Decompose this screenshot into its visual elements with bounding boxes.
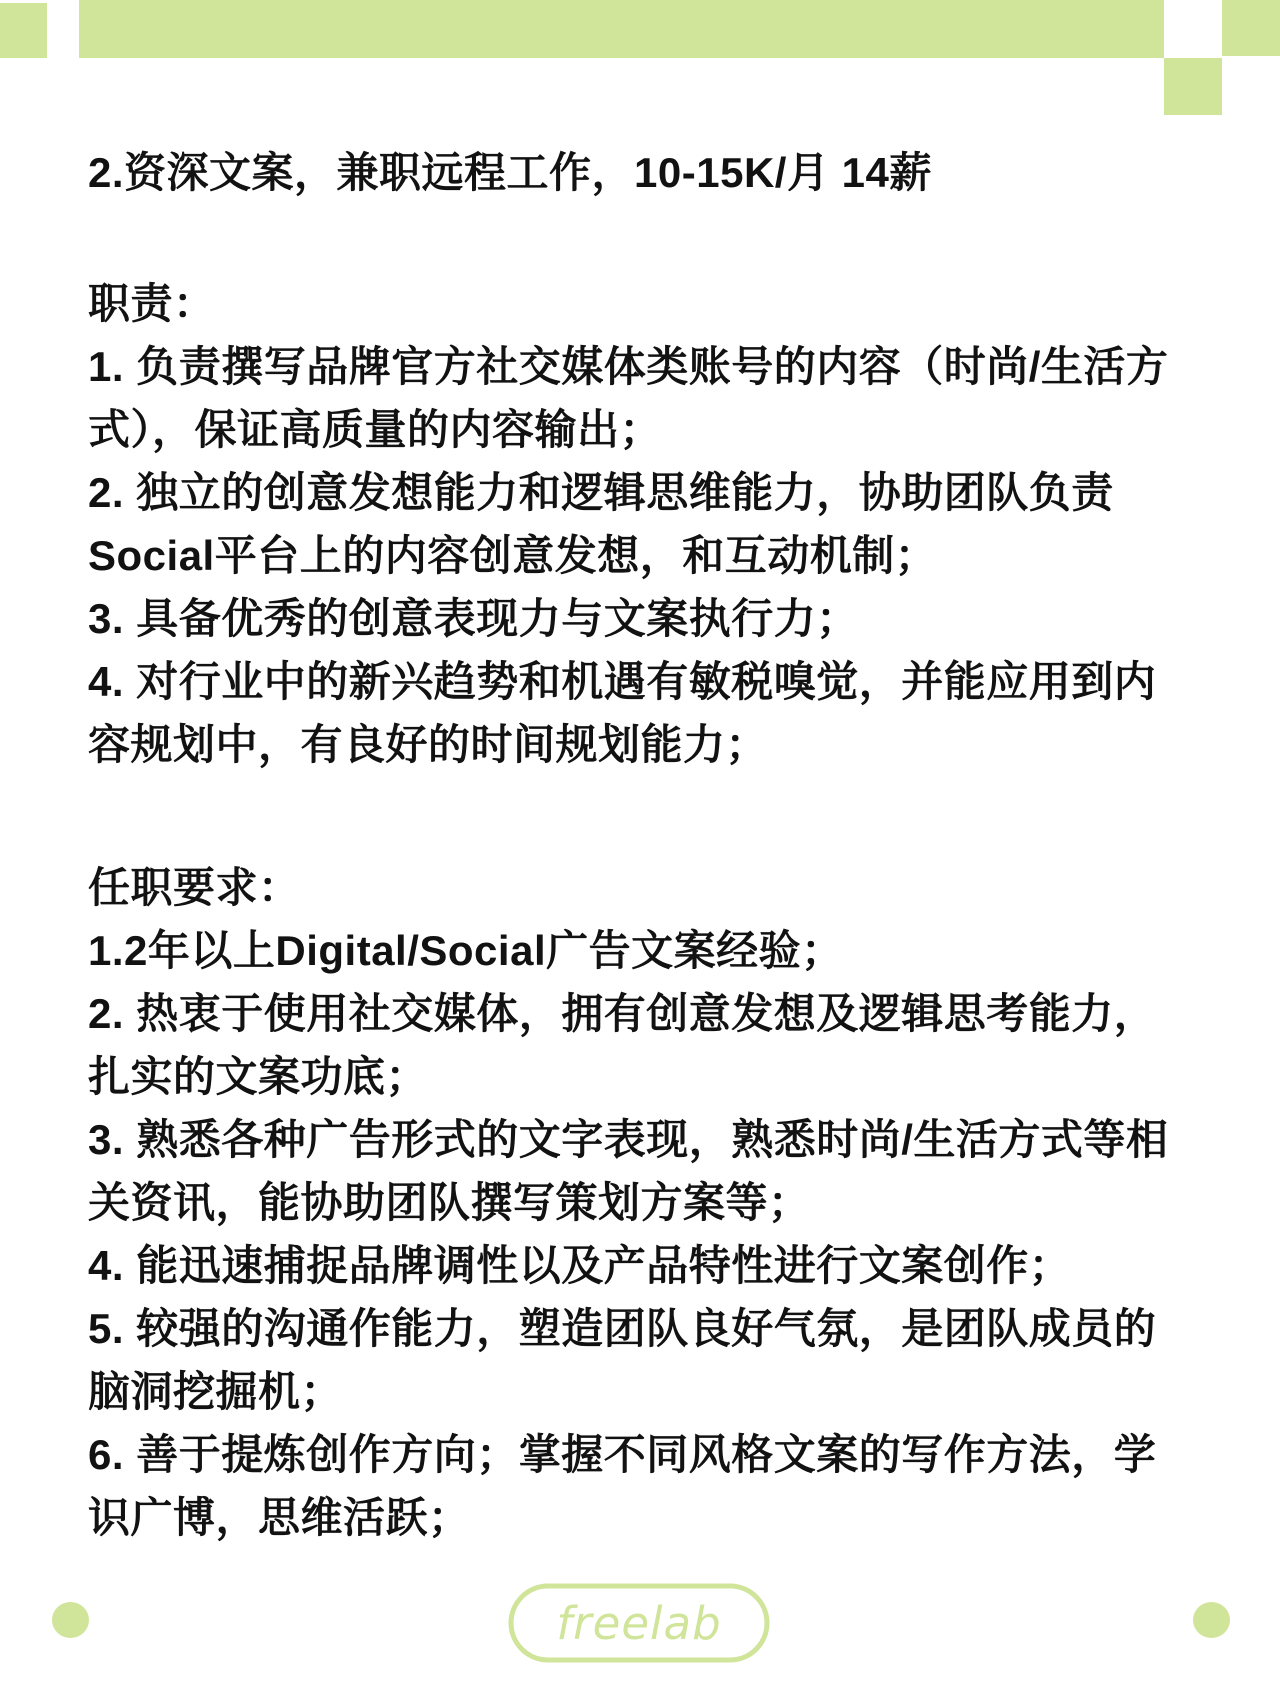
job-title: 2.资深文案，兼职远程工作，10-15K/月 14薪 <box>88 141 1192 204</box>
job-posting: 2.资深文案，兼职远程工作，10-15K/月 14薪 职责： 1. 负责撰写品牌… <box>88 141 1192 1549</box>
requirements-heading: 任职要求： <box>88 856 1192 919</box>
requirement-item: 6. 善于提炼创作方向；掌握不同风格文案的写作方法，学识广博，思维活跃； <box>88 1423 1192 1549</box>
requirement-item: 4. 能迅速捕捉品牌调性以及产品特性进行文案创作； <box>88 1234 1192 1297</box>
decor-top-left-square <box>0 3 47 58</box>
responsibility-item: 4. 对行业中的新兴趋势和机遇有敏税嗅觉，并能应用到内容规划中，有良好的时间规划… <box>88 650 1192 776</box>
freelab-logo-svg: freelab <box>508 1583 770 1663</box>
responsibility-item: 1. 负责撰写品牌官方社交媒体类账号的内容（时尚/生活方式），保证高质量的内容输… <box>88 335 1192 461</box>
responsibilities-heading: 职责： <box>88 272 1192 335</box>
freelab-logo: freelab <box>508 1583 770 1663</box>
decor-right-lower-square <box>1164 58 1222 115</box>
requirement-item: 2. 热衷于使用社交媒体，拥有创意发想及逻辑思考能力，扎实的文案功底； <box>88 982 1192 1108</box>
responsibility-item: 2. 独立的创意发想能力和逻辑思维能力，协助团队负责Social平台上的内容创意… <box>88 461 1192 587</box>
bottom-left-dot <box>52 1602 89 1638</box>
bottom-right-dot <box>1193 1602 1230 1638</box>
responsibilities-section: 职责： 1. 负责撰写品牌官方社交媒体类账号的内容（时尚/生活方式），保证高质量… <box>88 272 1192 776</box>
requirement-item: 3. 熟悉各种广告形式的文字表现，熟悉时尚/生活方式等相关资讯，能协助团队撰写策… <box>88 1108 1192 1234</box>
decor-top-right-square <box>1222 0 1280 56</box>
requirement-item: 5. 较强的沟通作能力，塑造团队良好气氛，是团队成员的脑洞挖掘机； <box>88 1297 1192 1423</box>
requirement-item: 1.2年以上Digital/Social广告文案经验； <box>88 919 1192 982</box>
decor-top-bar <box>79 0 1164 58</box>
responsibility-item: 3. 具备优秀的创意表现力与文案执行力； <box>88 587 1192 650</box>
requirements-section: 任职要求： 1.2年以上Digital/Social广告文案经验； 2. 热衷于… <box>88 856 1192 1549</box>
logo-text: freelab <box>556 1597 721 1650</box>
